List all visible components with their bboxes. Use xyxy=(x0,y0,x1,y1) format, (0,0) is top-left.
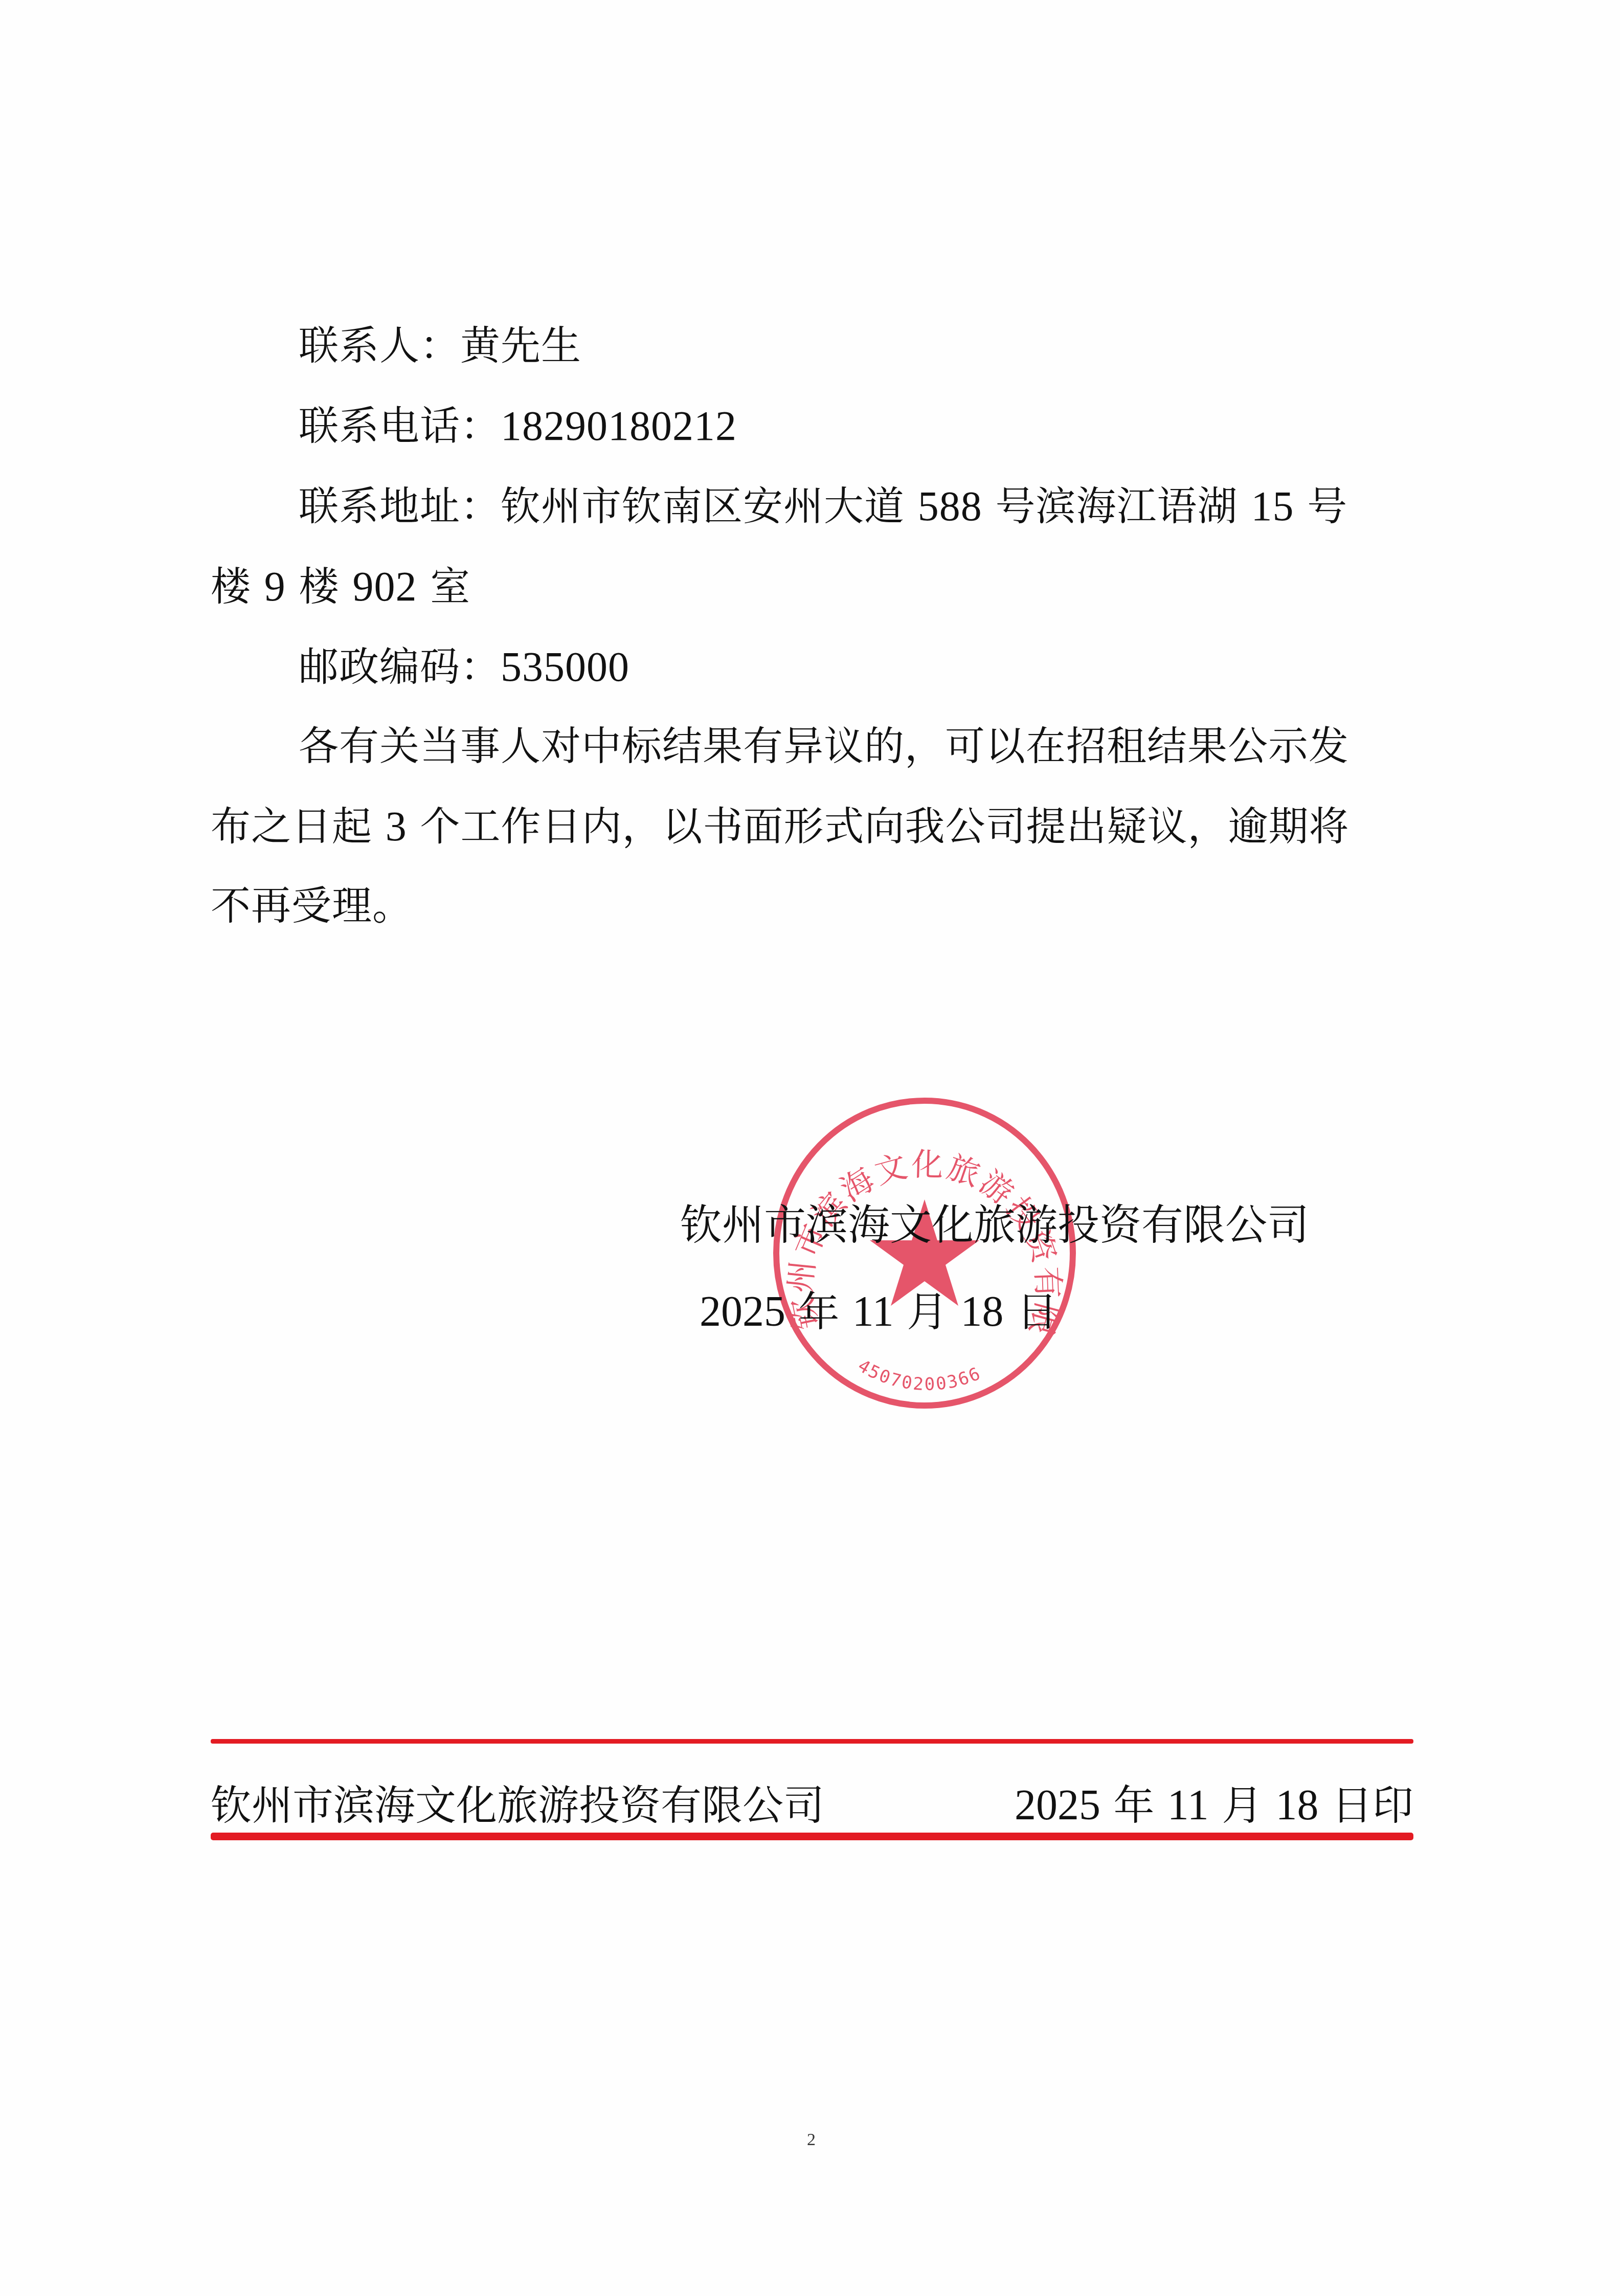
date-unit: 日印 xyxy=(1319,1781,1413,1829)
date-unit: 日 xyxy=(1004,1288,1057,1335)
date-unit: 月 xyxy=(894,1288,961,1335)
notice-line-1: 各有关当事人对中标结果有异议的，可以在招租结果公示发 xyxy=(211,707,1412,787)
footer-issuer: 钦州市滨海文化旅游投资有限公司 xyxy=(211,1772,824,1831)
contact-person-value: 黄先生 xyxy=(460,323,581,369)
date-day: 18 xyxy=(1276,1781,1319,1829)
date-unit: 月 xyxy=(1209,1781,1276,1829)
address-text: 号 xyxy=(1294,484,1347,530)
date-unit: 年 xyxy=(785,1288,852,1335)
document-page: 联系人：黄先生 联系电话：18290180212 联系地址：钦州市钦南区安州大道… xyxy=(0,0,1620,2296)
footer-print-date: 2025 年 11 月 18 日印 xyxy=(1015,1772,1413,1831)
notice-text: 布之日起 xyxy=(211,804,386,850)
address-text: 钦州市钦南区安州大道 xyxy=(501,484,918,530)
date-year: 2025 xyxy=(1015,1781,1100,1829)
address-number: 9 xyxy=(264,563,286,610)
company-seal-icon: 钦州市滨海文化旅游投资有限公司 45070200366 xyxy=(769,1095,1081,1412)
notice-text: 个工作日内，以书面形式向我公司提出疑议，逾期将 xyxy=(407,804,1349,850)
address-text: 号滨海江语湖 xyxy=(982,484,1251,530)
date-year: 2025 xyxy=(700,1288,785,1335)
contact-phone-label: 联系电话： xyxy=(299,404,501,450)
page-number: 2 xyxy=(807,2130,816,2150)
notice-line-2: 布之日起 3 个工作日内，以书面形式向我公司提出疑议，逾期将 xyxy=(211,787,1412,867)
date-month: 11 xyxy=(852,1288,894,1335)
notice-number: 3 xyxy=(386,803,407,850)
contact-person-label: 联系人： xyxy=(299,323,460,369)
date-unit: 年 xyxy=(1100,1781,1167,1829)
address-number: 588 xyxy=(918,483,982,529)
contact-postal-label: 邮政编码： xyxy=(299,644,501,690)
seal-code-text: 45070200366 xyxy=(854,1355,985,1395)
address-text: 室 xyxy=(417,564,470,610)
signature-date: 2025 年 11 月 18 日 xyxy=(700,1279,1057,1338)
contact-postal-value: 535000 xyxy=(501,643,629,690)
contact-block: 联系人：黄先生 联系电话：18290180212 联系地址：钦州市钦南区安州大道… xyxy=(211,307,1412,946)
contact-person-line: 联系人：黄先生 xyxy=(211,307,1412,386)
contact-phone-line: 联系电话：18290180212 xyxy=(211,386,1412,466)
svg-text:45070200366: 45070200366 xyxy=(854,1355,985,1395)
date-day: 18 xyxy=(961,1288,1004,1335)
contact-address-label: 联系地址： xyxy=(299,484,501,530)
date-month: 11 xyxy=(1167,1781,1209,1829)
address-number: 15 xyxy=(1251,483,1294,529)
address-text: 楼 xyxy=(286,564,353,610)
footer-rule-bottom xyxy=(211,1833,1413,1840)
address-number: 902 xyxy=(352,563,417,610)
notice-line-3: 不再受理。 xyxy=(211,867,1412,946)
contact-postal-line: 邮政编码：535000 xyxy=(211,627,1412,707)
contact-phone-value: 18290180212 xyxy=(501,403,737,449)
contact-address-line-1: 联系地址：钦州市钦南区安州大道 588 号滨海江语湖 15 号 xyxy=(211,466,1412,547)
footer-rule-top xyxy=(211,1739,1413,1744)
signature-company: 钦州市滨海文化旅游投资有限公司 xyxy=(680,1192,1309,1252)
contact-address-line-2: 楼 9 楼 902 室 xyxy=(211,547,1412,627)
address-text: 楼 xyxy=(211,564,264,610)
